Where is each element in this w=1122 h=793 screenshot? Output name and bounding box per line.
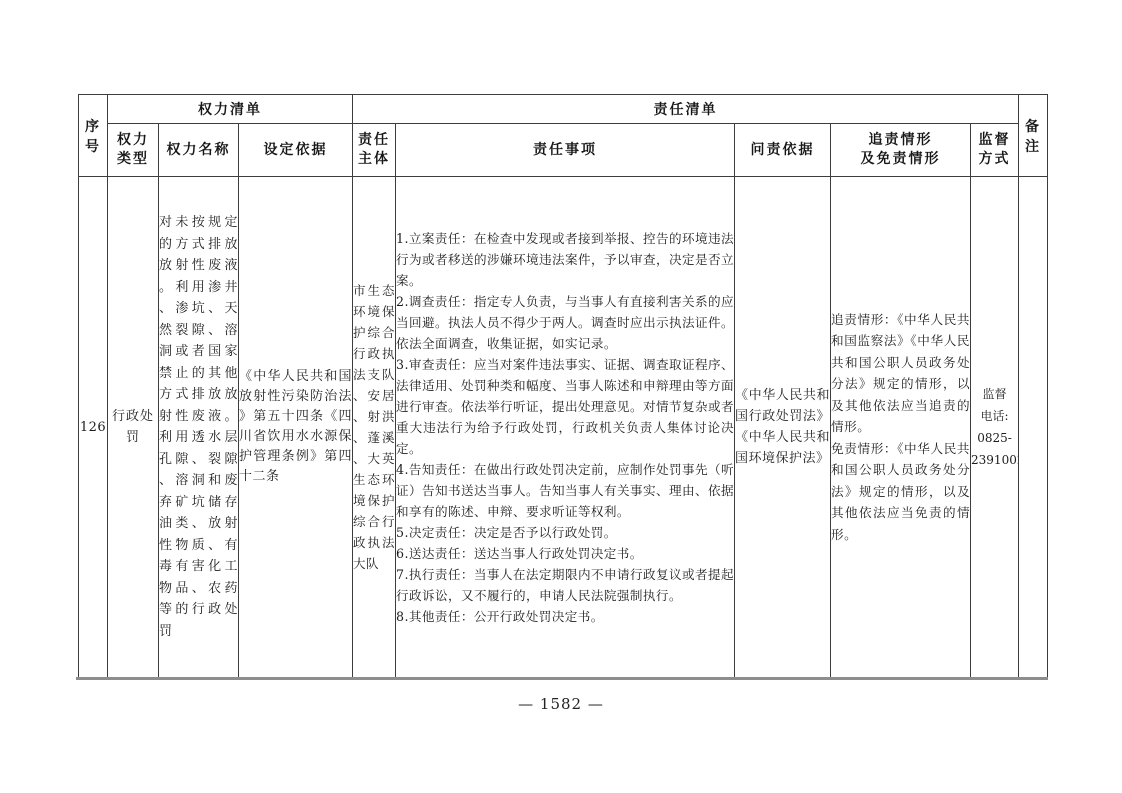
header-power-type: 权力 类型 [108, 124, 159, 177]
duty-item-8: 8.其他责任：公开行政处罚决定书。 [396, 606, 734, 627]
page-number: — 1582 — [0, 695, 1122, 713]
cell-supervision-phone: 监督 电话: 0825- 2391002 [971, 177, 1019, 678]
table-header-row-columns: 权力 类型 权力名称 设定依据 责任 主体 责任事项 问责依据 追责情形 及免责… [79, 124, 1048, 177]
duty-item-6: 6.送达责任：送达当事人行政处罚决定书。 [396, 543, 734, 564]
table-row: 126 行政处罚 对未按规定的方式排放放射性废液。利用渗井、渗坑、天然裂隙、溶洞… [79, 177, 1048, 678]
header-remarks: 备 注 [1019, 95, 1048, 177]
header-duty-subject: 责任 主体 [353, 124, 396, 177]
duty-item-3: 3.审查责任：应当对案件违法事实、证据、调查取证程序、法律适用、处罚种类和幅度、… [396, 354, 734, 459]
cell-power-name: 对未按规定的方式排放放射性废液。利用渗井、渗坑、天然裂隙、溶洞或者国家禁止的其他… [159, 177, 239, 678]
cell-power-type: 行政处罚 [108, 177, 159, 678]
header-responsibility-list: 责任清单 [353, 95, 1019, 124]
cell-pursuit-exemption: 追责情形：《中华人民共和国监察法》《中华人民共和国公职人员政务处分法》规定的情形… [831, 177, 971, 678]
power-responsibility-table: 序 号 权力清单 责任清单 备 注 权力 类型 权力名称 设定依据 责任 主体 … [78, 94, 1048, 678]
cell-duty-subject: 市生态环境保护综合行政执法支队、安居、射洪、蓬溪、大英生态环境保护综合行政执法大… [353, 177, 396, 678]
pursuit-situations-text: 追责情形：《中华人民共和国监察法》《中华人民共和国公职人员政务处分法》规定的情形… [831, 309, 970, 438]
header-supervision-method: 监督 方式 [971, 124, 1019, 177]
duty-item-5: 5.决定责任：决定是否予以行政处罚。 [396, 522, 734, 543]
header-index: 序 号 [79, 95, 108, 177]
header-accountability-basis: 问责依据 [735, 124, 831, 177]
cell-setting-basis: 《中华人民共和国放射性污染防治法》第五十四条《四川省饮用水水源保护管理条例》第四… [239, 177, 353, 678]
cell-accountability-basis: 《中华人民共和国行政处罚法》《中华人民共和国环境保护法》 [735, 177, 831, 678]
header-pursuit-exemption: 追责情形 及免责情形 [831, 124, 971, 177]
cell-remarks [1019, 177, 1048, 678]
cell-duty-items: 1.立案责任：在检查中发现或者接到举报、控告的环境违法行为或者移送的涉嫌环境违法… [396, 177, 735, 678]
header-power-name: 权力名称 [159, 124, 239, 177]
header-setting-basis: 设定依据 [239, 124, 353, 177]
header-power-list: 权力清单 [108, 95, 353, 124]
cell-index-number: 126 [79, 177, 108, 678]
duty-item-7: 7.执行责任：当事人在法定期限内不申请行政复议或者提起行政诉讼，又不履行的，申请… [396, 564, 734, 606]
duty-item-2: 2.调查责任：指定专人负责，与当事人有直接利害关系的应当回避。执法人员不得少于两… [396, 291, 734, 354]
duty-item-1: 1.立案责任：在检查中发现或者接到举报、控告的环境违法行为或者移送的涉嫌环境违法… [396, 228, 734, 291]
header-duty-items: 责任事项 [396, 124, 735, 177]
exemption-situations-text: 免责情形：《中华人民共和国公职人员政务处分法》规定的情形，以及其他依法应当免责的… [831, 438, 970, 546]
document-page: 序 号 权力清单 责任清单 备 注 权力 类型 权力名称 设定依据 责任 主体 … [0, 0, 1122, 793]
table-header-row-groups: 序 号 权力清单 责任清单 备 注 [79, 95, 1048, 124]
duty-item-4: 4.告知责任：在做出行政处罚决定前，应制作处罚事先（听证）告知书送达当事人。告知… [396, 459, 734, 522]
table-bottom-rule [76, 677, 1048, 680]
